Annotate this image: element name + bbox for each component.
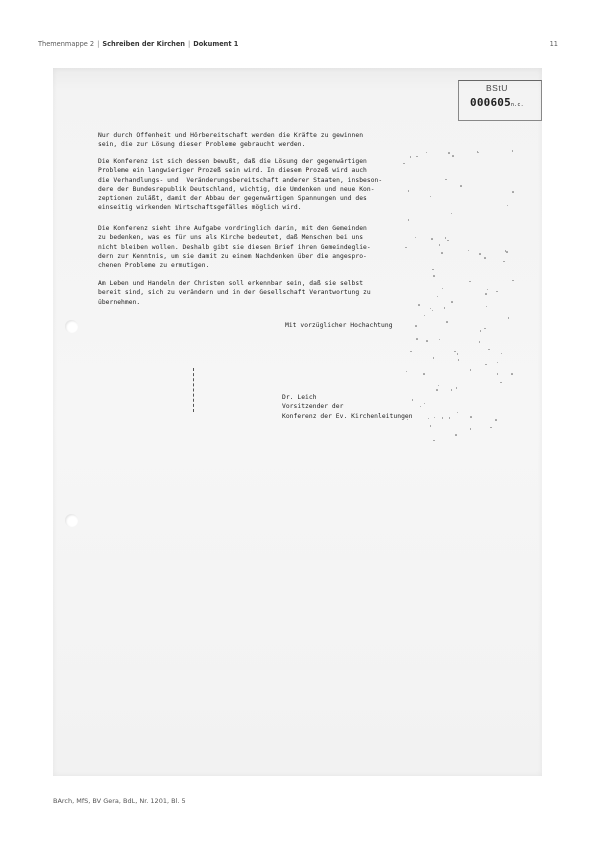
paragraph: Die Konferenz sieht ihre Aufgabe vordrin… bbox=[98, 224, 371, 270]
stamp-suffix: n.c. bbox=[511, 102, 524, 108]
speckle bbox=[457, 412, 459, 414]
breadcrumb-separator: | bbox=[188, 40, 190, 48]
speckle bbox=[455, 434, 457, 436]
speckle bbox=[460, 185, 462, 187]
breadcrumb-section: Schreiben der Kirchen bbox=[102, 40, 185, 48]
breadcrumb-document: Dokument 1 bbox=[193, 40, 238, 48]
speckle bbox=[424, 403, 426, 405]
speckle bbox=[478, 152, 480, 154]
speckle bbox=[456, 387, 458, 389]
paragraph: Am Leben und Handeln der Christen soll e… bbox=[98, 279, 371, 307]
speckle bbox=[512, 191, 514, 193]
speckle bbox=[449, 417, 451, 419]
speckle bbox=[439, 339, 441, 341]
speckle bbox=[495, 419, 497, 421]
speckle bbox=[497, 362, 499, 364]
speckle bbox=[442, 417, 444, 419]
speckle bbox=[433, 357, 435, 359]
closing-salutation: Mit vorzüglicher Hochachtung bbox=[285, 321, 393, 330]
scanned-document: BStU 000605n.c. Nur durch Offenheit und … bbox=[53, 68, 542, 776]
speckle bbox=[512, 150, 514, 152]
stamp-number-value: 000605 bbox=[470, 96, 511, 109]
speckle bbox=[430, 308, 432, 310]
speckle bbox=[507, 205, 509, 207]
breadcrumb-series: Themenmappe 2 bbox=[38, 40, 94, 48]
speckle bbox=[432, 269, 434, 271]
speckle bbox=[485, 293, 487, 295]
speckle bbox=[418, 304, 420, 306]
speckle bbox=[431, 238, 433, 240]
speckle bbox=[512, 280, 514, 282]
speckle bbox=[432, 310, 434, 312]
speckle bbox=[445, 179, 447, 181]
speckle bbox=[406, 371, 408, 373]
speckle bbox=[487, 289, 489, 291]
speckle bbox=[497, 373, 499, 375]
stamp-number: 000605n.c. bbox=[470, 96, 524, 109]
speckle bbox=[424, 315, 426, 317]
speckle bbox=[484, 257, 486, 259]
speckle bbox=[416, 338, 418, 340]
speckle bbox=[412, 399, 414, 401]
speckle bbox=[430, 196, 432, 198]
speckle bbox=[458, 359, 460, 361]
speckle bbox=[451, 301, 453, 303]
speckle bbox=[446, 321, 448, 323]
speckle bbox=[430, 425, 432, 427]
speckle bbox=[441, 252, 443, 254]
paragraph: Die Konferenz ist sich dessen bewußt, da… bbox=[98, 157, 382, 213]
speckle bbox=[415, 237, 417, 239]
speckle bbox=[451, 213, 453, 215]
speckle bbox=[485, 364, 487, 366]
speckle bbox=[508, 317, 510, 319]
speckle bbox=[444, 307, 446, 309]
speckle bbox=[410, 351, 412, 353]
speckle bbox=[470, 416, 472, 418]
speckle bbox=[403, 163, 405, 165]
speckle bbox=[410, 156, 412, 158]
speckle bbox=[488, 349, 490, 351]
speckle bbox=[447, 240, 449, 242]
speckle bbox=[506, 251, 508, 253]
speckle bbox=[452, 155, 454, 157]
speckle bbox=[511, 373, 513, 375]
speckle bbox=[416, 156, 418, 158]
speckle bbox=[438, 385, 440, 387]
speckle bbox=[484, 328, 486, 330]
speckle bbox=[496, 291, 498, 293]
speckle bbox=[407, 419, 409, 421]
signature-block: Dr. Leich Vorsitzender der Konferenz der… bbox=[282, 393, 413, 421]
speckle bbox=[437, 296, 439, 298]
speckle bbox=[426, 340, 428, 342]
speckle bbox=[454, 351, 456, 353]
archive-stamp: BStU 000605n.c. bbox=[458, 80, 542, 121]
speckle bbox=[445, 237, 447, 239]
speckle bbox=[439, 244, 441, 246]
speckle bbox=[470, 369, 472, 371]
punch-hole bbox=[65, 320, 78, 333]
page-header: Themenmappe 2|Schreiben der Kirchen|Doku… bbox=[38, 40, 558, 54]
speckle bbox=[436, 389, 438, 391]
speckle bbox=[408, 219, 410, 221]
source-citation: BArch, MfS, BV Gera, BdL, Nr. 1201, Bl. … bbox=[53, 797, 186, 805]
speckle bbox=[448, 152, 450, 154]
speckle bbox=[479, 253, 481, 255]
speckle bbox=[480, 330, 482, 332]
speckle bbox=[420, 406, 422, 408]
speckle bbox=[433, 440, 435, 442]
speckle bbox=[405, 247, 407, 249]
speckle bbox=[470, 428, 472, 430]
speckle bbox=[426, 152, 428, 154]
breadcrumb: Themenmappe 2|Schreiben der Kirchen|Doku… bbox=[38, 40, 238, 48]
speckle bbox=[490, 427, 492, 429]
speckle bbox=[501, 353, 503, 355]
speckle bbox=[428, 418, 430, 420]
speckle bbox=[469, 281, 471, 283]
stamp-title: BStU bbox=[486, 83, 508, 93]
speckle bbox=[442, 288, 444, 290]
breadcrumb-separator: | bbox=[97, 40, 99, 48]
speckle bbox=[486, 306, 488, 308]
margin-mark bbox=[193, 368, 195, 412]
speckle bbox=[457, 353, 459, 355]
speckle bbox=[451, 389, 453, 391]
speckle bbox=[468, 250, 470, 252]
speckle bbox=[500, 382, 502, 384]
speckle bbox=[415, 325, 417, 327]
speckle bbox=[503, 261, 505, 263]
paragraph: Nur durch Offenheit und Hörbereitschaft … bbox=[98, 131, 363, 150]
speckle bbox=[408, 190, 410, 192]
punch-hole bbox=[65, 514, 78, 527]
speckle bbox=[423, 373, 425, 375]
speckle bbox=[479, 341, 481, 343]
speckle bbox=[434, 417, 436, 419]
page-number: 11 bbox=[550, 40, 558, 48]
speckle bbox=[433, 275, 435, 277]
